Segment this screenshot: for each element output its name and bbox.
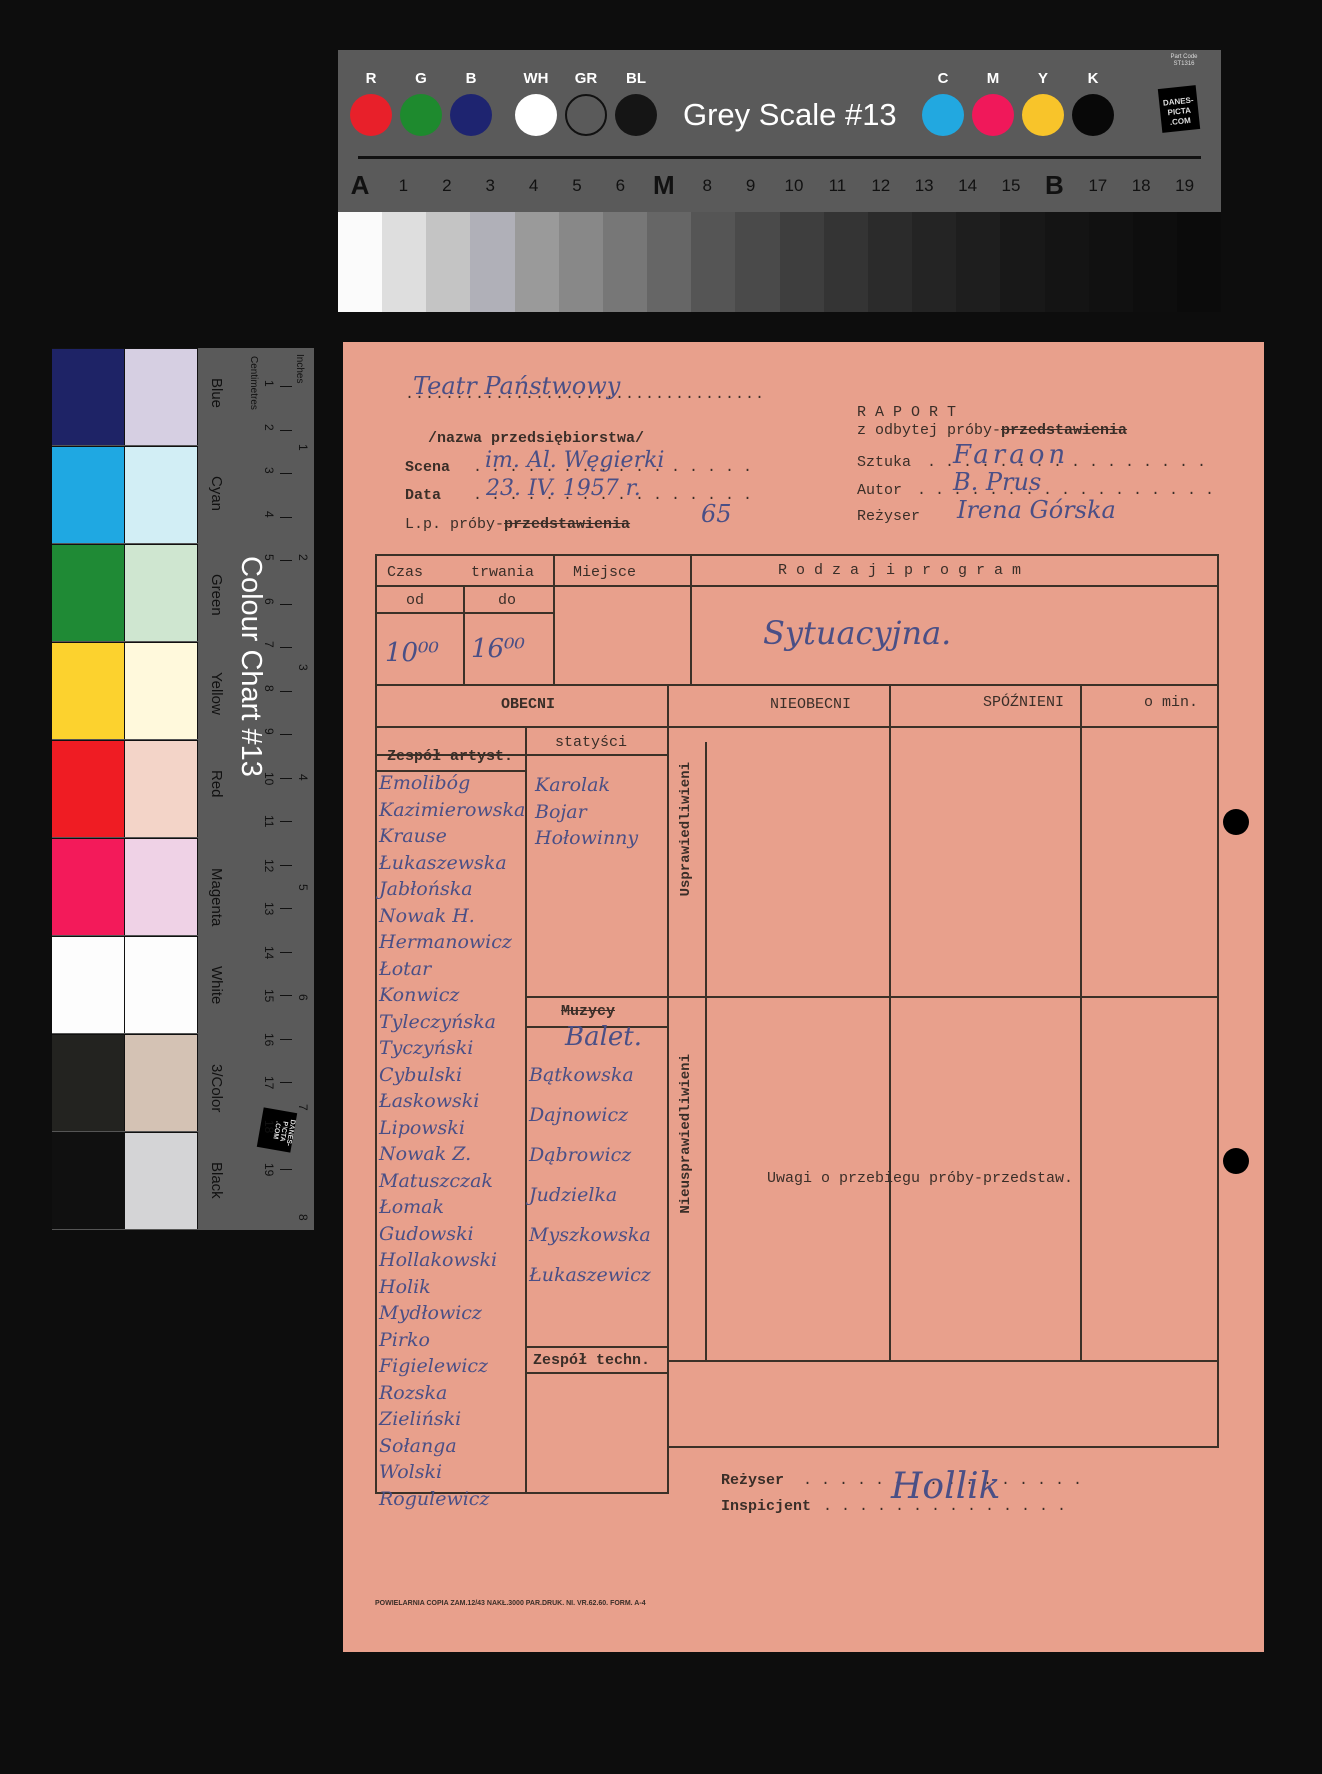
inch-tick: 2 <box>296 554 310 561</box>
grey-patch <box>824 212 868 312</box>
dot-label: C <box>922 70 964 87</box>
list-item: Tyleczyńska <box>379 1009 525 1036</box>
grey-patch <box>515 212 559 312</box>
swatch-label: White <box>208 966 225 1004</box>
list-item: Figielewicz <box>379 1353 525 1380</box>
author-label: Autor <box>857 482 902 499</box>
cm-tick: 11 <box>262 815 276 827</box>
cm-tick: 12 <box>262 859 276 872</box>
list-item: Dajnowicz <box>529 1102 651 1142</box>
scale-label: M <box>642 170 686 201</box>
grey-patch <box>470 212 514 312</box>
col-od: od <box>406 592 424 609</box>
list-item: Hollakowski <box>379 1247 525 1274</box>
scene-label: Scena <box>405 459 450 476</box>
color-dot-gr <box>565 94 607 136</box>
col-miejsce: Miejsce <box>573 564 636 581</box>
list-item: Pirko <box>379 1327 525 1354</box>
scale-label: 19 <box>1163 176 1207 196</box>
swatch-label: Magenta <box>208 868 225 926</box>
play-label: Sztuka <box>857 454 911 471</box>
dot-label: K <box>1072 70 1114 87</box>
lp-value: 65 <box>701 500 732 528</box>
director-label: Reżyser <box>857 508 920 525</box>
date-value: 23. IV. 1957 r. <box>486 476 641 501</box>
report-title: R A P O R T <box>857 404 956 421</box>
swatch-label: Yellow <box>208 672 225 715</box>
label-nieusprawiedliwieni: Nieusprawiedliwieni <box>678 1054 694 1214</box>
scale-label: 14 <box>946 176 990 196</box>
list-item: Nowak H. <box>379 903 525 930</box>
color-dot-r <box>350 94 392 136</box>
grey-patch <box>426 212 470 312</box>
cm-tick: 6 <box>262 598 276 605</box>
header-o-min: o min. <box>1144 694 1198 711</box>
col-trwania: trwania <box>471 564 534 581</box>
list-item: Myszkowska <box>529 1222 651 1262</box>
scale-label: 15 <box>989 176 1033 196</box>
scene-value: im. Al. Węgierki <box>485 448 664 473</box>
list-item: Zieliński <box>379 1406 525 1433</box>
scale-label: 2 <box>425 176 469 196</box>
scale-label: 13 <box>902 176 946 196</box>
enterprise-label: /nazwa przedsiębiorstwa/ <box>428 430 644 447</box>
grey-patch <box>1089 212 1133 312</box>
header-zespol-artyst: Zespół artyst. <box>387 748 513 765</box>
list-item: Cybulski <box>379 1062 525 1089</box>
list-item: Jabłońska <box>379 876 525 903</box>
list-item: Emolibóg <box>379 770 525 797</box>
list-item: Łotar <box>379 956 525 983</box>
colour-swatches <box>52 348 198 1230</box>
program-value: Sytuacyjna. <box>763 614 951 652</box>
list-item: Krause <box>379 823 525 850</box>
swatch-label: Cyan <box>208 476 225 511</box>
swatch-row-green <box>52 544 198 641</box>
scale-label: 12 <box>859 176 903 196</box>
list-item: Tyczyński <box>379 1035 525 1062</box>
date-label: Data <box>405 487 441 504</box>
list-item: Łukaszewicz <box>529 1262 651 1302</box>
artists-list: EmolibógKazimierowskaKrauseŁukaszewskaJa… <box>379 770 525 1512</box>
grey-scale-labels: A123456M89101112131415B171819 <box>338 176 1221 206</box>
ballet-header: Balet. <box>565 1022 642 1052</box>
signature-director-label: Reżyser <box>721 1472 784 1489</box>
swatch-row-magenta <box>52 838 198 935</box>
scale-label: 10 <box>772 176 816 196</box>
color-dot-b <box>450 94 492 136</box>
inch-tick: 8 <box>296 1214 310 1221</box>
swatch-label: Green <box>208 574 225 616</box>
signature: Hollik <box>891 1466 1000 1507</box>
director-value: Irena Górska <box>957 496 1116 524</box>
list-item: Kazimierowska <box>379 797 525 824</box>
color-dot-g <box>400 94 442 136</box>
scale-label: 18 <box>1119 176 1163 196</box>
color-dot-k <box>1072 94 1114 136</box>
printer-line: POWIELARNIA COPIA ZAM.12/43 NAKŁ.3000 PA… <box>375 1600 646 1607</box>
cm-tick: 5 <box>262 554 276 561</box>
grey-patch <box>1133 212 1177 312</box>
swatch-row-red <box>52 740 198 837</box>
swatch-label: Blue <box>208 378 225 408</box>
punch-hole <box>1223 1148 1249 1174</box>
scale-label: A <box>338 170 382 201</box>
swatch-row-blue <box>52 348 198 445</box>
colour-chart-card: Inches Centimetres Colour Chart #13 DANE… <box>52 348 314 1230</box>
ruler-strip: Inches Centimetres Colour Chart #13 DANE… <box>198 348 314 1230</box>
danes-picta-logo: DANES-PICTA .COM <box>1158 85 1200 133</box>
cm-tick: 14 <box>262 946 276 959</box>
grey-scale-card: RGBWHGRBLCMYK Grey Scale #13 Part CodeST… <box>338 50 1221 312</box>
scale-label: 4 <box>512 176 556 196</box>
col-czas: Czas <box>387 564 423 581</box>
swatch-row-black <box>52 1132 198 1229</box>
swatch-label: Black <box>208 1162 225 1199</box>
header-statysci: statyści <box>555 734 627 751</box>
color-dot-y <box>1022 94 1064 136</box>
grey-patch <box>647 212 691 312</box>
list-item: Sołanga <box>379 1433 525 1460</box>
cm-tick: 10 <box>262 772 276 785</box>
swatch-label: 3/Color <box>208 1064 225 1112</box>
list-item: Mydłowicz <box>379 1300 525 1327</box>
divider <box>358 156 1201 159</box>
cm-tick: 7 <box>262 641 276 648</box>
cm-tick: 17 <box>262 1076 276 1089</box>
lp-label: L.p. próby-przedstawienia <box>405 516 630 533</box>
inch-tick: 7 <box>296 1104 310 1111</box>
col-do: do <box>498 592 516 609</box>
centimetres-label: Centimetres <box>248 356 259 410</box>
header-nieobecni: NIEOBECNI <box>770 696 851 713</box>
inch-tick: 6 <box>296 994 310 1001</box>
header-spoznieni: SPÓŹNIENI <box>983 694 1064 711</box>
list-item: Karolak <box>535 772 638 799</box>
grey-patch <box>1177 212 1221 312</box>
grey-patch <box>603 212 647 312</box>
colour-chart-title: Colour Chart #13 <box>234 556 267 777</box>
dot-label: B <box>450 70 492 87</box>
grey-patch <box>1045 212 1089 312</box>
label-usprawiedliwieni: Usprawiedliwieni <box>678 762 694 896</box>
list-item: Rogulewicz <box>379 1486 525 1513</box>
grey-patch <box>956 212 1000 312</box>
list-item: Konwicz <box>379 982 525 1009</box>
ballet-list: BątkowskaDajnowiczDąbrowiczJudzielkaMysz… <box>529 1062 651 1302</box>
inch-tick: 3 <box>296 664 310 671</box>
list-item: Gudowski <box>379 1221 525 1248</box>
swatch-row-3/color <box>52 1034 198 1131</box>
inches-label: Inches <box>294 354 305 383</box>
cm-tick: 3 <box>262 467 276 474</box>
signature-stage-manager-label: Inspicjent <box>721 1498 811 1515</box>
grey-patch <box>735 212 779 312</box>
list-item: Łukaszewska <box>379 850 525 877</box>
grey-patch <box>559 212 603 312</box>
list-item: Wolski <box>379 1459 525 1486</box>
grey-patch <box>912 212 956 312</box>
enterprise-value: Teatr Państwowy <box>413 372 620 400</box>
scale-label: 1 <box>381 176 425 196</box>
col-program: R o d z a j i p r o g r a m <box>778 562 1021 579</box>
list-item: Hołowinny <box>535 825 638 852</box>
color-dot-bl <box>615 94 657 136</box>
part-code: Part CodeST1316 <box>1156 54 1212 68</box>
scale-label: 5 <box>555 176 599 196</box>
inch-tick: 4 <box>296 774 310 781</box>
list-item: Bątkowska <box>529 1062 651 1102</box>
punch-hole <box>1223 809 1249 835</box>
list-item: Rozska <box>379 1380 525 1407</box>
cm-tick: 15 <box>262 989 276 1002</box>
scale-label: B <box>1032 170 1076 201</box>
author-value: B. Prus <box>953 468 1041 496</box>
rehearsal-report-form: .................................... Tea… <box>343 342 1264 1652</box>
swatch-row-cyan <box>52 446 198 543</box>
list-item: Łomak <box>379 1194 525 1221</box>
header-zespol-techn: Zespół techn. <box>533 1352 650 1369</box>
scale-label: 11 <box>815 176 859 196</box>
grey-scale-title: Grey Scale #13 <box>683 97 897 133</box>
cm-tick: 4 <box>262 511 276 518</box>
cm-tick: 9 <box>262 728 276 735</box>
color-dot-wh <box>515 94 557 136</box>
cm-tick: 18 <box>262 1120 276 1133</box>
grey-patch <box>780 212 824 312</box>
scale-label: 9 <box>729 176 773 196</box>
play-value: Faraon <box>953 440 1069 470</box>
color-dot-c <box>922 94 964 136</box>
time-from-value: 10⁰⁰ <box>385 638 439 668</box>
grey-patch <box>382 212 426 312</box>
time-to-value: 16⁰⁰ <box>471 634 525 664</box>
extras-list: KarolakBojarHołowinny <box>535 772 638 852</box>
list-item: Lipowski <box>379 1115 525 1142</box>
header-obecni: OBECNI <box>501 696 555 713</box>
dot-label: BL <box>615 70 657 87</box>
cm-tick: 8 <box>262 685 276 692</box>
dot-label: Y <box>1022 70 1064 87</box>
report-subtitle: z odbytej próby-przedstawienia <box>857 422 1127 439</box>
list-item: Nowak Z. <box>379 1141 525 1168</box>
list-item: Matuszczak <box>379 1168 525 1195</box>
dot-label: WH <box>515 70 557 87</box>
dot-label: M <box>972 70 1014 87</box>
header-muzycy: Muzycy <box>561 1003 615 1020</box>
swatch-label: Red <box>208 770 225 798</box>
grey-scale-patches <box>338 212 1221 312</box>
scale-label: 6 <box>598 176 642 196</box>
scale-label: 8 <box>685 176 729 196</box>
dot-label: GR <box>565 70 607 87</box>
cm-tick: 2 <box>262 424 276 431</box>
grey-patch <box>691 212 735 312</box>
list-item: Hermanowicz <box>379 929 525 956</box>
dot-label: R <box>350 70 392 87</box>
grey-patch <box>868 212 912 312</box>
scale-label: 17 <box>1076 176 1120 196</box>
remarks-label: Uwagi o przebiegu próby-przedstaw. <box>767 1170 1073 1187</box>
scale-label: 3 <box>468 176 512 196</box>
swatch-row-yellow <box>52 642 198 739</box>
list-item: Bojar <box>535 799 638 826</box>
cm-tick: 1 <box>262 380 276 387</box>
list-item: Judzielka <box>529 1182 651 1222</box>
swatch-row-white <box>52 936 198 1033</box>
list-item: Holik <box>379 1274 525 1301</box>
color-dot-m <box>972 94 1014 136</box>
list-item: Łaskowski <box>379 1088 525 1115</box>
grey-patch <box>338 212 382 312</box>
grey-patch <box>1000 212 1044 312</box>
cm-tick: 13 <box>262 902 276 915</box>
list-item: Dąbrowicz <box>529 1142 651 1182</box>
dot-label: G <box>400 70 442 87</box>
inch-tick: 5 <box>296 884 310 891</box>
cm-tick: 16 <box>262 1033 276 1046</box>
inch-tick: 1 <box>296 444 310 451</box>
cm-tick: 19 <box>262 1163 276 1176</box>
